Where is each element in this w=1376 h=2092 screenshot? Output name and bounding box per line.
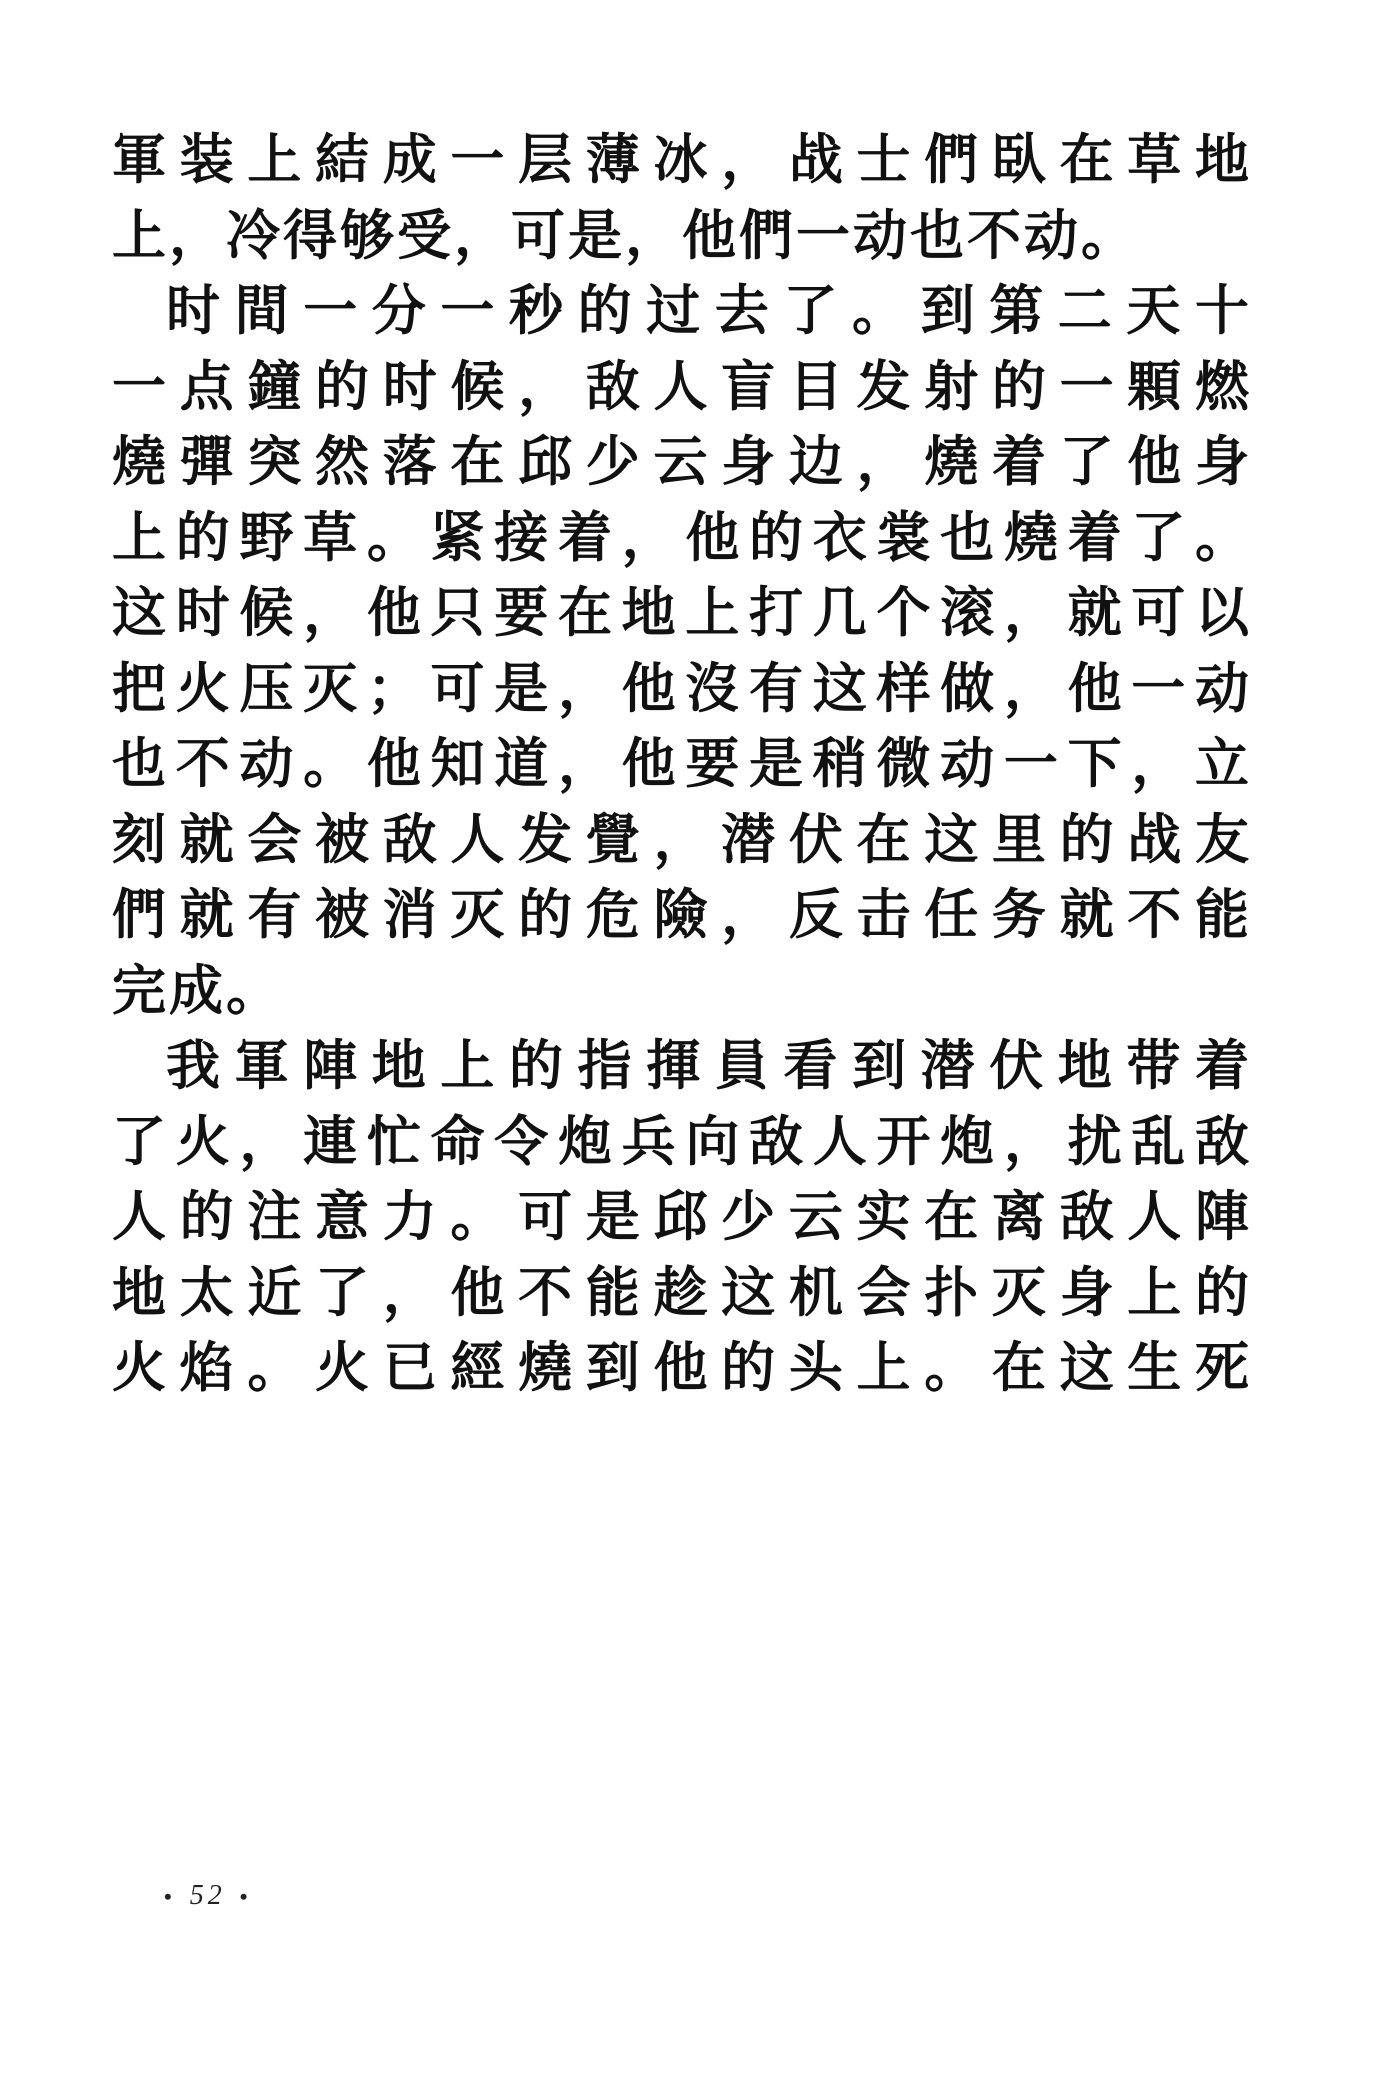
text-line: 們就有被消灭的危險，反击任务就不能	[112, 877, 1252, 953]
text-line: 人的注意力。可是邱少云实在离敌人陣	[112, 1179, 1252, 1255]
text-line: 上，冷得够受，可是，他們一动也不动。	[112, 198, 1252, 274]
text-line: 火焰。火已經燒到他的头上。在这生死	[112, 1330, 1252, 1406]
text-line: 了火，連忙命令炮兵向敌人开炮，扰乱敌	[112, 1104, 1252, 1180]
body-text: 軍装上結成一层薄冰，战士們臥在草地 上，冷得够受，可是，他們一动也不动。 时間一…	[112, 122, 1252, 1406]
text-line: 燒彈突然落在邱少云身边，燒着了他身	[112, 424, 1252, 500]
text-line: 这时候，他只要在地上打几个滚，就可以	[112, 575, 1252, 651]
text-line: 完成。	[112, 953, 1252, 1029]
text-line: 我軍陣地上的指揮員看到潜伏地带着	[112, 1028, 1252, 1104]
text-line: 地太近了，他不能趁这机会扑灭身上的	[112, 1255, 1252, 1331]
text-line: 一点鐘的时候，敌人盲目发射的一顆燃	[112, 349, 1252, 425]
book-page: 軍装上結成一层薄冰，战士們臥在草地 上，冷得够受，可是，他們一动也不动。 时間一…	[0, 0, 1376, 2092]
page-number-dot-left: •	[150, 1884, 190, 1909]
text-line: 上的野草。紧接着，他的衣裳也燒着了。	[112, 500, 1252, 576]
text-line: 把火压灭；可是，他沒有这样做，他一动	[112, 651, 1252, 727]
text-line: 刻就会被敌人发覺，潜伏在这里的战友	[112, 802, 1252, 878]
text-line: 时間一分一秒的过去了。到第二天十	[112, 273, 1252, 349]
page-number-dot-right: •	[226, 1884, 266, 1909]
text-line: 也不动。他知道，他要是稍微动一下，立	[112, 726, 1252, 802]
page-number-value: 52	[190, 1880, 226, 1911]
page-number: •52•	[150, 1880, 265, 1912]
text-line: 軍装上結成一层薄冰，战士們臥在草地	[112, 122, 1252, 198]
